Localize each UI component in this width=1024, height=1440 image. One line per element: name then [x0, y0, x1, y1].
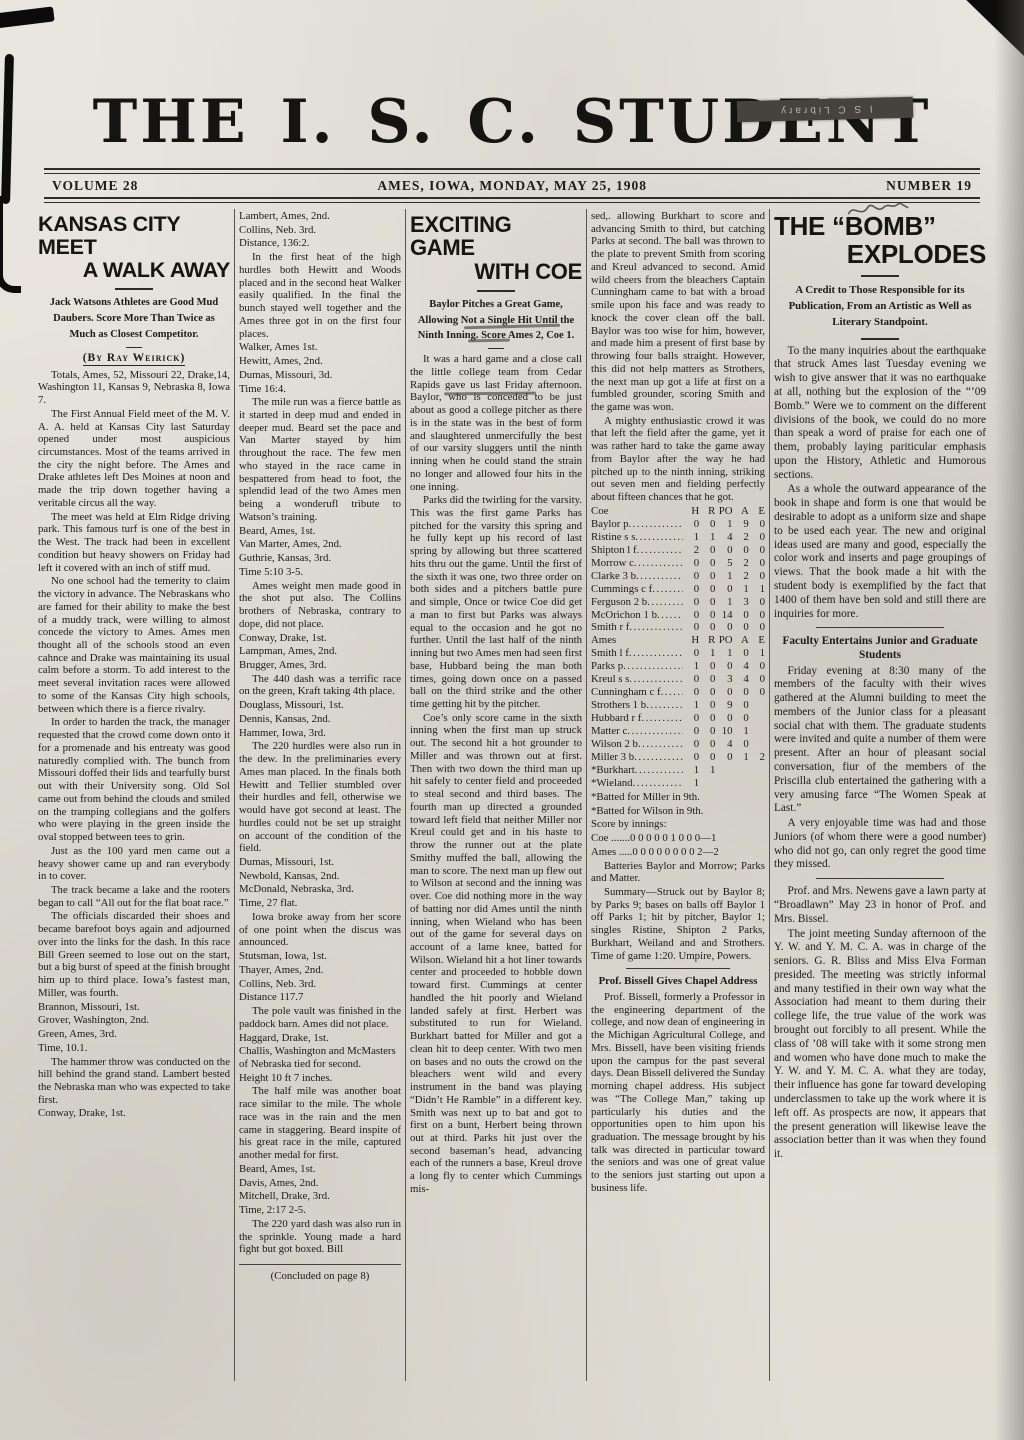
- paragraph: In the first heat of the high hurdles bo…: [239, 251, 401, 340]
- paragraph: Just as the 100 yard men came out a heav…: [38, 845, 230, 883]
- result-line: Green, Ames, 3rd.: [38, 1028, 230, 1041]
- masthead-rule-top: [44, 168, 980, 174]
- box-score-row: Matter c00101: [591, 725, 765, 738]
- library-stamp-text: I S C Library: [778, 103, 873, 116]
- column-kansas-city-meet: KANSAS CITY MEET A WALK AWAY Jack Watson…: [34, 209, 234, 1381]
- paragraph: Ames weight men made good in the shot pu…: [239, 580, 401, 631]
- box-score-row: Hubbard r f0000: [591, 712, 765, 725]
- paragraph: It was a hard game and a close call the …: [410, 353, 582, 493]
- paragraph: The half mile was another boat race simi…: [239, 1085, 401, 1161]
- headline-rule: [115, 288, 153, 290]
- masthead-rule-bottom: [44, 197, 980, 203]
- headline-line-2: EXPLODES: [774, 241, 986, 269]
- paragraph: The First Annual Field meet of the M. V.…: [38, 408, 230, 510]
- result-line: Walker, Ames 1st.: [239, 341, 401, 354]
- result-line: Beard, Ames, 1st.: [239, 1163, 401, 1176]
- result-line: Haggard, Drake, 1st.: [239, 1032, 401, 1045]
- box-score-table: CoeHRPOAEBaylor p00190Ristine s s11420Sh…: [591, 505, 765, 790]
- byline-text: (By Ray Weirick): [83, 352, 186, 366]
- headline-line-2: A WALK AWAY: [38, 259, 230, 282]
- article-body: Lambert, Ames, 2nd.Collins, Neb. 3rd.Dis…: [239, 210, 401, 1283]
- headline-line-1: KANSAS CITY MEET: [38, 213, 230, 259]
- article-headline: THE “BOMB” EXPLODES: [774, 213, 986, 268]
- result-line: Conway, Drake, 1st.: [239, 632, 401, 645]
- paragraph: A very enjoyable time was had and those …: [774, 817, 986, 872]
- scan-edge-shading: [994, 0, 1024, 1440]
- paragraph: The 440 dash was a terrific race on the …: [239, 673, 401, 698]
- article-body: Totals, Ames, 52, Missouri 22, Drake,14,…: [38, 369, 230, 1121]
- box-score-row: McOrichon 1 b001400: [591, 609, 765, 622]
- box-score-row: Smith r f00000: [591, 621, 765, 634]
- paragraph: Prof. and Mrs. Newens gave a lawn party …: [774, 885, 986, 926]
- article-body-bottom: *Batted for Miller in 9th.*Batted for Wi…: [591, 791, 765, 1195]
- box-score-team-header: AmesHRPOAE: [591, 634, 765, 647]
- headline-line-2: WITH COE: [410, 260, 582, 283]
- result-line: Time, 2:17 2-5.: [239, 1204, 401, 1217]
- section-rule: [816, 627, 943, 628]
- box-score-row: *Burkhart11: [591, 764, 765, 777]
- result-line: Collins, Neb. 3rd.: [239, 224, 401, 237]
- paragraph: The 220 yard dash was also run in the sp…: [239, 1218, 401, 1256]
- continuation-note: (Concluded on page 8): [239, 1264, 401, 1283]
- paragraph: As a whole the outward appearance of the…: [774, 483, 986, 621]
- column-exciting-game: EXCITING GAME WITH COE Baylor Pitches a …: [405, 209, 586, 1381]
- box-score-row: Strothers 1 b1090: [591, 699, 765, 712]
- box-score-row: Cunningham c f00000: [591, 686, 765, 699]
- result-line: Ames .....0 0 0 0 0 0 0 0 2—2: [591, 846, 765, 859]
- result-line: Time 16:4.: [239, 383, 401, 396]
- result-line: Lampman, Ames, 2nd.: [239, 645, 401, 658]
- result-line: Van Marter, Ames, 2nd.: [239, 538, 401, 551]
- box-score-row: Clarke 3 b00120: [591, 570, 765, 583]
- result-line: Time 5:10 3-5.: [239, 566, 401, 579]
- result-line: Distance 117.7: [239, 991, 401, 1004]
- paragraph: The pole vault was finished in the paddo…: [239, 1005, 401, 1030]
- box-score-row: Kreul s s00340: [591, 673, 765, 686]
- result-line: Brugger, Ames, 3rd.: [239, 659, 401, 672]
- paragraph: The officials discarded their shoes and …: [38, 910, 230, 999]
- result-line: Douglass, Missouri, 1st.: [239, 699, 401, 712]
- headline-line-1: EXCITING GAME: [410, 213, 582, 260]
- column-grid: KANSAS CITY MEET A WALK AWAY Jack Watson…: [34, 209, 990, 1381]
- result-line: McDonald, Nebraska, 3rd.: [239, 883, 401, 896]
- column-track-results: Lambert, Ames, 2nd.Collins, Neb. 3rd.Dis…: [234, 209, 405, 1381]
- result-line: Guthrie, Kansas, 3rd.: [239, 552, 401, 565]
- box-score-row: Ristine s s11420: [591, 531, 765, 544]
- result-line: Collins, Neb. 3rd.: [239, 978, 401, 991]
- result-line: Newbold, Kansas, 2nd.: [239, 870, 401, 883]
- result-line: Coe .......0 0 0 0 0 1 0 0 0—1: [591, 832, 765, 845]
- article-deck: Baylor Pitches a Great Game, Allowing No…: [416, 297, 576, 344]
- result-line: Time, 27 flat.: [239, 897, 401, 910]
- article-headline: EXCITING GAME WITH COE: [410, 213, 582, 283]
- spine-mark-bracket: [0, 196, 21, 293]
- box-score-row: Cummings c f00011: [591, 583, 765, 596]
- article-body: To the many inquiries about the earthqua…: [774, 345, 986, 1162]
- result-line: Beard, Ames, 1st.: [239, 525, 401, 538]
- paragraph: Coe’s only score came in the sixth innin…: [410, 712, 582, 1196]
- result-line: Score by innings:: [591, 818, 765, 831]
- issue-number-label: NUMBER 19: [886, 178, 972, 194]
- result-line: Distance, 136:2.: [239, 237, 401, 250]
- paragraph: The mile run was a fierce battle as it s…: [239, 396, 401, 523]
- paragraph: Totals, Ames, 52, Missouri 22, Drake,14,…: [38, 369, 230, 407]
- section-rule: [626, 968, 730, 969]
- masthead-title: THE I. S. C. STUDENT: [0, 0, 1024, 152]
- result-line: Dennis, Kansas, 2nd.: [239, 713, 401, 726]
- byline: (By Ray Weirick): [38, 352, 230, 364]
- box-score-row: *Wieland1: [591, 777, 765, 790]
- paragraph: Batteries Baylor and Morrow; Parks and M…: [591, 860, 765, 885]
- paragraph: Summary—Struck out by Baylor 8; by Parks…: [591, 886, 765, 962]
- article-body-top: sed,. allowing Burkhart to score and adv…: [591, 210, 765, 504]
- deck-rule: [861, 338, 899, 340]
- paragraph: The track became a lake and the rooters …: [38, 884, 230, 909]
- result-line: *Batted for Wilson in 9th.: [591, 805, 765, 818]
- result-line: Grover, Washington, 2nd.: [38, 1014, 230, 1027]
- box-score-row: Morrow c00520: [591, 557, 765, 570]
- section-subhead: Faculty Entertains Junior and Graduate S…: [774, 634, 986, 662]
- result-line: Hewitt, Ames, 2nd.: [239, 355, 401, 368]
- volume-label: VOLUME 28: [52, 178, 138, 194]
- box-score-row: Parks p10040: [591, 660, 765, 673]
- box-score-row: Wilson 2 b0040: [591, 738, 765, 751]
- result-line: Conway, Drake, 1st.: [38, 1107, 230, 1120]
- paragraph: A mighty enthusiastic crowd it was that …: [591, 415, 765, 504]
- paragraph: No one school had the temerity to claim …: [38, 575, 230, 715]
- paragraph: Prof. Bissell, formerly a Professor in t…: [591, 991, 765, 1195]
- article-body: It was a hard game and a close call the …: [410, 353, 582, 1195]
- box-score-row: Smith l f01101: [591, 647, 765, 660]
- box-score-row: Miller 3 b00012: [591, 751, 765, 764]
- paragraph: The hammer throw was conducted on the hi…: [38, 1056, 230, 1107]
- headline-rule: [861, 275, 899, 277]
- paragraph: Iowa broke away from her score of one po…: [239, 911, 401, 949]
- result-line: Challis, Washington and McMasters of Neb…: [239, 1045, 401, 1070]
- section-subhead: Prof. Bissell Gives Chapel Address: [591, 975, 765, 988]
- result-line: Height 10 ft 7 inches.: [239, 1072, 401, 1085]
- column-bomb-explodes: THE “BOMB” EXPLODES A Credit to Those Re…: [769, 209, 990, 1381]
- dateline-text: AMES, IOWA, MONDAY, MAY 25, 1908: [377, 178, 647, 194]
- result-line: *Batted for Miller in 9th.: [591, 791, 765, 804]
- result-line: Lambert, Ames, 2nd.: [239, 210, 401, 223]
- column-game-continuation: sed,. allowing Burkhart to score and adv…: [586, 209, 769, 1381]
- result-line: Davis, Ames, 2nd.: [239, 1177, 401, 1190]
- paragraph: sed,. allowing Burkhart to score and adv…: [591, 210, 765, 414]
- result-line: Mitchell, Drake, 3rd.: [239, 1190, 401, 1203]
- deck-dash: [126, 347, 142, 348]
- paragraph: Parks did the twirling for the varsity. …: [410, 494, 582, 710]
- newspaper-page: I S C Library THE I. S. C. STUDENT VOLUM…: [0, 0, 1024, 1440]
- box-score-row: Baylor p00190: [591, 518, 765, 531]
- section-rule: [816, 878, 943, 879]
- dateline-row: VOLUME 28 AMES, IOWA, MONDAY, MAY 25, 19…: [52, 178, 972, 194]
- result-line: Time, 10.1.: [38, 1042, 230, 1055]
- box-score-row: Ferguson 2 b00130: [591, 596, 765, 609]
- article-headline: KANSAS CITY MEET A WALK AWAY: [38, 213, 230, 281]
- result-line: Dumas, Missouri, 1st.: [239, 856, 401, 869]
- article-deck: A Credit to Those Responsible for its Pu…: [780, 282, 980, 331]
- deck-dash: [488, 348, 504, 349]
- result-line: Stutsman, Iowa, 1st.: [239, 950, 401, 963]
- paragraph: The 220 hurdles were also run in the dew…: [239, 740, 401, 855]
- article-deck: Jack Watsons Athletes are Good Mud Daube…: [44, 295, 224, 342]
- box-score-team-header: CoeHRPOAE: [591, 505, 765, 518]
- result-line: Brannon, Missouri, 1st.: [38, 1001, 230, 1014]
- result-line: Hammer, Iowa, 3rd.: [239, 727, 401, 740]
- result-line: Thayer, Ames, 2nd.: [239, 964, 401, 977]
- result-line: Dumas, Missouri, 3d.: [239, 369, 401, 382]
- paragraph: The joint meeting Sunday afternoon of th…: [774, 928, 986, 1162]
- headline-rule: [477, 290, 515, 292]
- paragraph: To the many inquiries about the earthqua…: [774, 345, 986, 483]
- headline-line-1: THE “BOMB”: [774, 213, 986, 241]
- paragraph: In order to harden the track, the manage…: [38, 716, 230, 843]
- paragraph: The meet was held at Elm Ridge driving p…: [38, 511, 230, 575]
- box-score-row: Shipton l f20000: [591, 544, 765, 557]
- paragraph: Friday evening at 8:30 many of the membe…: [774, 665, 986, 817]
